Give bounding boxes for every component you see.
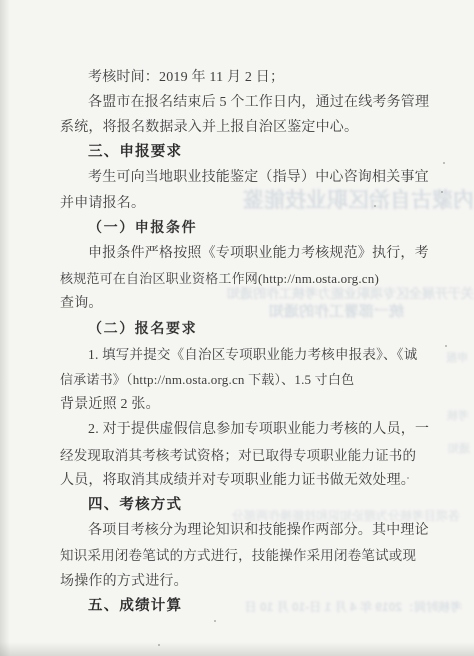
text-line: 场操作的方式进行。 — [60, 569, 400, 594]
text-line: 1. 填写并提交《自治区专项职业能力考核申报表》、《诚 — [60, 342, 428, 367]
text-line: 背景近照 2 张。 — [60, 392, 400, 417]
scan-speck — [158, 644, 160, 646]
section-heading: （二）报名要求 — [60, 317, 428, 342]
section-heading: 四、考核方式 — [60, 493, 428, 518]
section-heading: （一）申报条件 — [60, 216, 428, 241]
text-line: 信承诺书》（http://nm.osta.org.cn 下载）、1.5 寸白色 — [60, 367, 400, 392]
page-edge-shadow-left — [0, 0, 10, 656]
scan-speck — [407, 477, 409, 479]
section-heading: 三、申报要求 — [60, 140, 428, 165]
text-line: 系统，将报名数据录入并上报自治区鉴定中心。 — [60, 115, 400, 140]
scan-speck — [214, 620, 216, 622]
text-line: 并申请报名。 — [60, 191, 400, 216]
scan-speck — [443, 162, 445, 164]
bleed-through-text: 申报 — [428, 352, 468, 364]
text-line: 各盟市在报名结束后 5 个工作日内，通过在线考务管理 — [60, 90, 428, 115]
text-line: 核规范可在自治区职业资格工作网(http://nm.osta.org.cn) — [60, 266, 400, 291]
scanned-document-page: 内蒙古自治区职业技能鉴定关于开展全区专项职业能力考核工作的通知统一部署工作的通知… — [0, 0, 474, 656]
bleed-through-text: 通知 — [430, 443, 470, 455]
text-line: 考核时间：2019 年 11 月 2 日； — [60, 65, 428, 90]
scan-speck — [441, 191, 443, 193]
page-edge-shadow-bottom — [0, 642, 474, 656]
text-line: 经发现取消其考核考试资格；对已取得专项职业能力证书的 — [60, 443, 400, 468]
section-heading: 五、成绩计算 — [60, 594, 428, 619]
text-line: 申报条件严格按照《专项职业能力考核规范》执行，考 — [60, 241, 428, 266]
text-line: 知识采用闭卷笔试的方式进行，技能操作采用闭卷笔试或现 — [60, 543, 400, 568]
scan-speck — [374, 205, 376, 207]
text-line: 人员，将取消其成绩并对专项职业能力证书做无效处理。 — [60, 468, 400, 493]
text-line: 各项目考核分为理论知识和技能操作两部分。其中理论 — [60, 518, 428, 543]
text-line: 查询。 — [60, 291, 400, 316]
text-line: 考生可向当地职业技能鉴定（指导）中心咨询相关事宜 — [60, 165, 428, 190]
bleed-through-text: 考核 — [427, 410, 469, 422]
scan-speck — [445, 345, 447, 347]
text-line: 2. 对于提供虚假信息参加专项职业能力考核的人员，一 — [60, 417, 428, 442]
